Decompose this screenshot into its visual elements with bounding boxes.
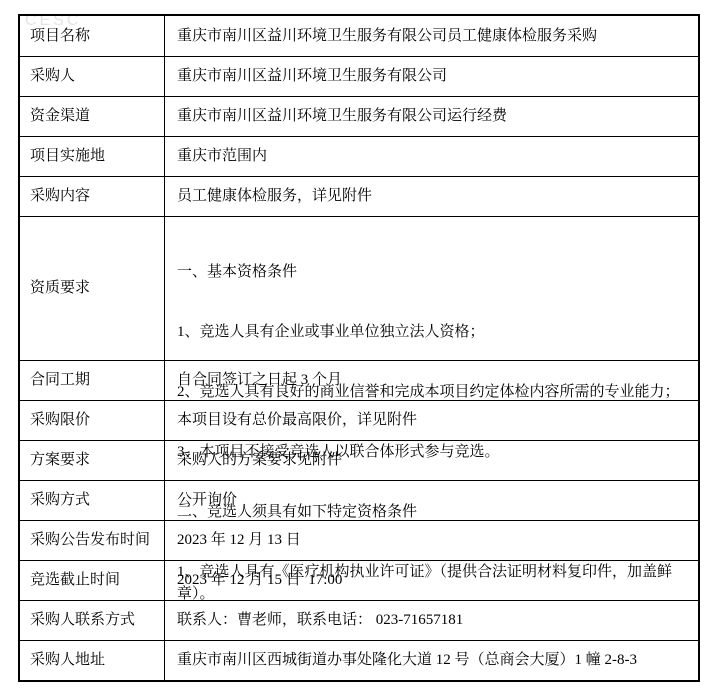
row-label: 采购人联系方式 xyxy=(20,601,165,640)
row-label: 项目名称 xyxy=(20,16,165,56)
row-value: 员工健康体检服务，详见附件 xyxy=(165,177,698,216)
table-row-funding-source: 资金渠道 重庆市南川区益川环境卫生服务有限公司运行经费 xyxy=(20,96,698,136)
row-value: 联系人：曹老师，联系电话： 023-71657181 xyxy=(165,601,698,640)
row-value: 重庆市南川区西城街道办事处隆化大道 12 号（总商会大厦）1 幢 2-8-3 xyxy=(165,641,698,680)
row-label: 项目实施地 xyxy=(20,137,165,176)
table-row-project-location: 项目实施地 重庆市范围内 xyxy=(20,136,698,176)
row-value: 2023 年 12 月 15 日 17:00 xyxy=(165,561,698,600)
row-value: 重庆市南川区益川环境卫生服务有限公司运行经费 xyxy=(165,97,698,136)
table-row-procurement-content: 采购内容 员工健康体检服务，详见附件 xyxy=(20,176,698,216)
row-label: 方案要求 xyxy=(20,441,165,480)
procurement-info-table: 项目名称 重庆市南川区益川环境卫生服务有限公司员工健康体检服务采购 采购人 重庆… xyxy=(18,14,700,682)
table-row-procurement-method: 采购方式 公开询价 xyxy=(20,480,698,520)
table-row-bid-deadline: 竞选截止时间 2023 年 12 月 15 日 17:00 xyxy=(20,560,698,600)
qualification-line: 1、竞选人具有企业或事业单位独立法人资格； xyxy=(177,321,690,343)
row-label: 采购人 xyxy=(20,57,165,96)
row-label: 资金渠道 xyxy=(20,97,165,136)
row-value: 重庆市范围内 xyxy=(165,137,698,176)
row-value: 重庆市南川区益川环境卫生服务有限公司员工健康体检服务采购 xyxy=(165,16,698,56)
row-label: 采购限价 xyxy=(20,401,165,440)
row-label: 采购内容 xyxy=(20,177,165,216)
row-value: 重庆市南川区益川环境卫生服务有限公司 xyxy=(165,57,698,96)
row-value: 自合同签订之日起 3 个月 xyxy=(165,361,698,400)
row-value: 本项目设有总价最高限价，详见附件 xyxy=(165,401,698,440)
row-label: 采购公告发布时间 xyxy=(20,521,165,560)
row-label: 竞选截止时间 xyxy=(20,561,165,600)
row-label: 采购方式 xyxy=(20,481,165,520)
table-row-purchaser: 采购人 重庆市南川区益川环境卫生服务有限公司 xyxy=(20,56,698,96)
row-label: 合同工期 xyxy=(20,361,165,400)
row-value: 2023 年 12 月 13 日 xyxy=(165,521,698,560)
table-row-contact-info: 采购人联系方式 联系人：曹老师，联系电话： 023-71657181 xyxy=(20,600,698,640)
qualification-line: 一、基本资格条件 xyxy=(177,261,690,283)
table-row-plan-requirements: 方案要求 采购人的方案要求见附件 xyxy=(20,440,698,480)
table-row-project-name: 项目名称 重庆市南川区益川环境卫生服务有限公司员工健康体检服务采购 xyxy=(20,16,698,56)
row-label: 资质要求 xyxy=(20,217,165,360)
table-row-contract-duration: 合同工期 自合同签订之日起 3 个月 xyxy=(20,360,698,400)
table-row-price-limit: 采购限价 本项目设有总价最高限价，详见附件 xyxy=(20,400,698,440)
row-label: 采购人地址 xyxy=(20,641,165,680)
document-page: CESC 项目名称 重庆市南川区益川环境卫生服务有限公司员工健康体检服务采购 采… xyxy=(0,0,722,691)
table-row-announcement-time: 采购公告发布时间 2023 年 12 月 13 日 xyxy=(20,520,698,560)
row-value: 公开询价 xyxy=(165,481,698,520)
row-value: 采购人的方案要求见附件 xyxy=(165,441,698,480)
table-row-qualification-requirements: 资质要求 一、基本资格条件 1、竞选人具有企业或事业单位独立法人资格； 2、竞选… xyxy=(20,216,698,360)
table-row-purchaser-address: 采购人地址 重庆市南川区西城街道办事处隆化大道 12 号（总商会大厦）1 幢 2… xyxy=(20,640,698,680)
row-value: 一、基本资格条件 1、竞选人具有企业或事业单位独立法人资格； 2、竞选人具有良好… xyxy=(165,217,698,360)
